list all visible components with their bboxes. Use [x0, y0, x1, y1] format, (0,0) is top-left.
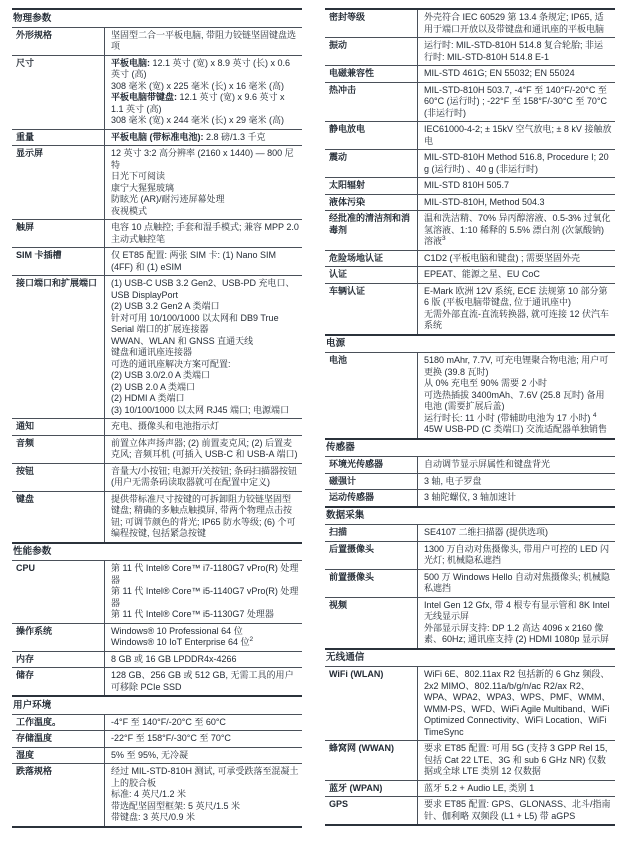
value-line: (2) USB 3.2 Gen2 A 类端口	[111, 301, 299, 313]
value-line: 3 轴陀螺仪, 3 轴加速计	[424, 492, 612, 504]
value-line: 防眩光 (AR)/耐污迹屏幕处理	[111, 194, 299, 206]
row-value: MIL-STD 810H 505.7	[417, 178, 615, 194]
row-value: Intel Gen 12 Gfx, 带 4 根专有显示管和 8K Intel 无…	[417, 598, 615, 648]
value-line: C1D2 (平板电脑和键盘) ; 需要坚固外壳	[424, 253, 612, 265]
value-line: 8 GB 或 16 GB LPDDR4x-4266	[111, 654, 299, 666]
text-segment: 键盘和通讯座连接器	[111, 347, 192, 357]
row-value: 音量大/小按钮; 电源开/关按钮; 条码扫描器按钮 (用户无需条码读取器就可在配…	[104, 464, 302, 491]
value-line: 128 GB、256 GB 或 512 GB, 无需工具的用户可移除 PCIe …	[111, 670, 299, 693]
row-value: 温和洗洁精、70% 异丙醇溶液、0.5-3% 过氧化氢溶液、1:10 稀释的 5…	[417, 211, 615, 250]
row-value: MIL-STD-810H Method 516.8, Procedure I; …	[417, 150, 615, 177]
row-value: 经过 MIL-STD-810H 测试, 可承受跌落至混凝土上的胶合板标准: 4 …	[104, 764, 302, 826]
value-line: 带键盘: 3 英尺/0.9 米	[111, 812, 299, 824]
spec-row: 跌落规格经过 MIL-STD-810H 测试, 可承受跌落至混凝土上的胶合板标准…	[12, 763, 302, 826]
text-segment: 带选配坚固型框架: 5 英尺/1.5 米	[111, 801, 240, 811]
value-line: MIL-STD 810H 505.7	[424, 180, 612, 192]
text-segment: 3 轴, 电子罗盘	[424, 476, 482, 486]
row-value: E-Mark 欧洲 12V 系统, ECE 法规第 10 部分第 6 版 (平板…	[417, 284, 615, 334]
row-label: 前置摄像头	[325, 570, 417, 597]
row-value: 自动调节显示屏属性和键盘背光	[417, 457, 615, 473]
text-segment: 针对可用 10/100/1000 以太网和 DB9 True Serial 端口…	[111, 313, 279, 335]
value-line: 键盘和通讯座连接器	[111, 347, 299, 359]
text-segment: 500 万 Windows Hello 自动对焦摄像头; 机械隐私遮挡	[424, 572, 610, 594]
text-segment: SE4107 二维扫描器 (提供选项)	[424, 527, 548, 537]
row-label: 蓝牙 (WPAN)	[325, 781, 417, 797]
spec-section: 传感器环境光传感器自动调节显示屏属性和键盘背光磁强计3 轴, 电子罗盘运动传感器…	[325, 438, 615, 506]
value-line: 平板电脑: 12.1 英寸 (宽) x 8.9 英寸 (长) x 0.6 英寸 …	[111, 58, 299, 81]
spec-row: 扫描SE4107 二维扫描器 (提供选项)	[325, 524, 615, 541]
spec-row: 车辆认证E-Mark 欧洲 12V 系统, ECE 法规第 10 部分第 6 版…	[325, 283, 615, 334]
text-segment: 音量大/小按钮; 电源开/关按钮; 条码扫描器按钮 (用户无需条码读取器就可在配…	[111, 466, 297, 488]
row-label: WiFi (WLAN)	[325, 667, 417, 740]
spec-section: 物理参数外形规格坚固型二合一平板电脑, 带阻力铰链坚固键盘选项尺寸平板电脑: 1…	[12, 8, 302, 542]
value-line: 可选的通讯座解决方案可配置:	[111, 359, 299, 371]
row-label: CPU	[12, 561, 104, 623]
spec-row: 重量平板电脑 (带标准电池): 2.8 磅/1.3 千克	[12, 129, 302, 146]
spec-row: 按钮音量大/小按钮; 电源开/关按钮; 条码扫描器按钮 (用户无需条码读取器就可…	[12, 463, 302, 491]
section-title: 电源	[325, 336, 615, 353]
text-segment: 要求 ET85 配置: GPS、GLONASS、北斗/指南针、伽利略 双频段 (…	[424, 799, 611, 821]
text-segment: 可选热插拔 3400mAh、7.6V (25.8 瓦时) 备用电池 (需要扩展后…	[424, 390, 605, 412]
section-title: 用户环境	[12, 697, 302, 714]
text-segment: 提供带标准尺寸按键的可拆卸阻力铰链坚固型键盘; 精确的多触点触摸屏, 带两个物理…	[111, 494, 296, 539]
spec-row: WiFi (WLAN)WiFi 6E、802.11ax R2 包括新的 6 Gh…	[325, 666, 615, 740]
section-title: 传感器	[325, 440, 615, 457]
row-label: 储存	[12, 668, 104, 695]
value-line: IEC61000-4-2; ± 15kV 空气放电; ± 8 kV 接触放电	[424, 124, 612, 147]
text-segment: 8 GB 或 16 GB LPDDR4x-4266	[111, 654, 237, 664]
value-line: 308 毫米 (宽) x 244 毫米 (长) x 29 毫米 (高)	[111, 115, 299, 127]
value-line: 前置立体声扬声器; (2) 前置麦克风; (2) 后置麦克风; 音频耳机 (可插…	[111, 438, 299, 461]
text-segment: 128 GB、256 GB 或 512 GB, 无需工具的用户可移除 PCIe …	[111, 670, 294, 692]
text-segment: 第 11 代 Intel® Core™ i5-1130G7 处理器	[111, 609, 274, 619]
spec-section: 数据采集扫描SE4107 二维扫描器 (提供选项)后置摄像头1300 万自动对焦…	[325, 506, 615, 648]
value-line: 可选热插拔 3400mAh、7.6V (25.8 瓦时) 备用电池 (需要扩展后…	[424, 390, 612, 413]
text-segment: 要求 ET85 配置: 可用 5G (支持 3 GPP Rel 15, 包括 C…	[424, 743, 607, 776]
row-label: 通知	[12, 419, 104, 435]
text-segment: (2) HDMI A 类端口	[111, 393, 185, 403]
row-value: SE4107 二维扫描器 (提供选项)	[417, 525, 615, 541]
row-label: 内存	[12, 652, 104, 668]
value-line: 5% 至 95%, 无冷凝	[111, 750, 299, 762]
spec-section: 密封等级外壳符合 IEC 60529 第 13.4 条规定; IP65, 适用于…	[325, 8, 615, 334]
text-segment: 平板电脑:	[111, 58, 153, 68]
spec-row: 尺寸平板电脑: 12.1 英寸 (宽) x 8.9 英寸 (长) x 0.6 英…	[12, 55, 302, 129]
value-line: Intel Gen 12 Gfx, 带 4 根专有显示管和 8K Intel 无…	[424, 600, 612, 623]
text-segment: 12 英寸 3:2 高分辨率 (2160 x 1440) — 800 尼特	[111, 148, 294, 170]
value-line: 第 11 代 Intel® Core™ i5-1140G7 vPro(R) 处理…	[111, 586, 299, 609]
spec-row: 后置摄像头1300 万自动对焦摄像头, 带用户可控的 LED 闪光灯; 机械隐私…	[325, 541, 615, 569]
spec-row: 接口端口和扩展端口(1) USB-C USB 3.2 Gen2、USB-PD 充…	[12, 275, 302, 418]
text-segment: 可选的通讯座解决方案可配置:	[111, 359, 231, 369]
text-segment: WWAN、WLAN 和 GNSS 直通天线	[111, 336, 253, 346]
text-segment: (2) USB 3.2 Gen2 A 类端口	[111, 301, 220, 311]
value-line: 音量大/小按钮; 电源开/关按钮; 条码扫描器按钮 (用户无需条码读取器就可在配…	[111, 466, 299, 489]
spec-row: 环境光传感器自动调节显示屏属性和键盘背光	[325, 456, 615, 473]
value-line: 针对可用 10/100/1000 以太网和 DB9 True Serial 端口…	[111, 313, 299, 336]
value-line: MIL-STD-810H Method 516.8, Procedure I; …	[424, 152, 612, 175]
value-line: 康宁大猩猩玻璃	[111, 183, 299, 195]
spec-row: 键盘提供带标准尺寸按键的可拆卸阻力铰链坚固型键盘; 精确的多触点触摸屏, 带两个…	[12, 491, 302, 542]
row-label: 重量	[12, 130, 104, 146]
value-line: 自动调节显示屏属性和键盘背光	[424, 459, 612, 471]
text-segment: 防眩光 (AR)/耐污迹屏幕处理	[111, 194, 225, 204]
text-segment: 标准: 4 英尺/1.2 米	[111, 789, 186, 799]
text-segment: MIL-STD 461G; EN 55032; EN 55024	[424, 68, 575, 78]
row-label: 电磁兼容性	[325, 66, 417, 82]
text-segment: 外壳符合 IEC 60529 第 13.4 条规定; IP65, 适用于端口开放…	[424, 12, 604, 34]
value-line: 温和洗洁精、70% 异丙醇溶液、0.5-3% 过氧化氢溶液、1:10 稀释的 5…	[424, 213, 612, 248]
row-label: GPS	[325, 797, 417, 824]
value-line: Windows® 10 IoT Enterprise 64 位2	[111, 637, 299, 649]
row-value: MIL-STD 461G; EN 55032; EN 55024	[417, 66, 615, 82]
row-value: EPEAT、能源之星、EU CoC	[417, 267, 615, 283]
spec-row: 工作温度。-4°F 至 140°F/-20°C 至 60°C	[12, 714, 302, 731]
row-label: 热冲击	[325, 83, 417, 122]
row-label: 密封等级	[325, 10, 417, 37]
spec-row: 储存128 GB、256 GB 或 512 GB, 无需工具的用户可移除 PCI…	[12, 667, 302, 695]
value-line: (2) USB 2.0 A 类端口	[111, 382, 299, 394]
row-label: 静电放电	[325, 122, 417, 149]
text-segment: 充电、摄像头和电池指示灯	[111, 421, 219, 431]
row-value: 平板电脑 (带标准电池): 2.8 磅/1.3 千克	[104, 130, 302, 146]
value-line: 要求 ET85 配置: 可用 5G (支持 3 GPP Rel 15, 包括 C…	[424, 743, 612, 778]
row-label: 湿度	[12, 748, 104, 764]
row-label: 车辆认证	[325, 284, 417, 334]
row-value: 平板电脑: 12.1 英寸 (宽) x 8.9 英寸 (长) x 0.6 英寸 …	[104, 56, 302, 129]
text-segment: MIL-STD-810H Method 516.8, Procedure I; …	[424, 152, 609, 174]
spec-row: 太阳辐射MIL-STD 810H 505.7	[325, 177, 615, 194]
text-segment: 308 毫米 (宽) x 225 毫米 (长) x 16 毫米 (高)	[111, 81, 284, 91]
spec-row: 视频Intel Gen 12 Gfx, 带 4 根专有显示管和 8K Intel…	[325, 597, 615, 648]
row-label: 外形规格	[12, 28, 104, 55]
section-title: 数据采集	[325, 508, 615, 525]
spec-row: 热冲击MIL-STD-810H 503.7, -4°F 至 140°F/-20°…	[325, 82, 615, 122]
text-segment: MIL-STD-810H 503.7, -4°F 至 140°F/-20°C 至…	[424, 85, 607, 118]
row-label: 危险场地认证	[325, 251, 417, 267]
value-line: 外壳符合 IEC 60529 第 13.4 条规定; IP65, 适用于端口开放…	[424, 12, 612, 35]
row-label: 操作系统	[12, 624, 104, 651]
row-value: 3 轴, 电子罗盘	[417, 474, 615, 490]
row-value: 运行时: MIL-STD-810H 514.8 复合轮胎; 非运行时: MIL-…	[417, 38, 615, 65]
value-line: MIL-STD-810H 503.7, -4°F 至 140°F/-20°C 至…	[424, 85, 612, 120]
row-value: 前置立体声扬声器; (2) 前置麦克风; (2) 后置麦克风; 音频耳机 (可插…	[104, 436, 302, 463]
value-line: 运行时长: 11 小时 (带辅助电池为 17 小时) 4	[424, 413, 612, 425]
text-segment: 2.8 磅/1.3 千克	[206, 132, 266, 142]
row-label: 扫描	[325, 525, 417, 541]
row-label: SIM 卡插槽	[12, 248, 104, 275]
spec-row: 蓝牙 (WPAN)蓝牙 5.2 + Audio LE, 类别 1	[325, 780, 615, 797]
spec-row: 认证EPEAT、能源之星、EU CoC	[325, 266, 615, 283]
row-label: 认证	[325, 267, 417, 283]
text-segment: -22°F 至 158°F/-30°C 至 70°C	[111, 733, 231, 743]
text-segment: 蓝牙 5.2 + Audio LE, 类别 1	[424, 783, 534, 793]
spec-row: 显示屏12 英寸 3:2 高分辨率 (2160 x 1440) — 800 尼特…	[12, 145, 302, 219]
row-value: (1) USB-C USB 3.2 Gen2、USB-PD 充电口、USB Di…	[104, 276, 302, 418]
text-segment: 第 11 代 Intel® Core™ i5-1140G7 vPro(R) 处理…	[111, 586, 298, 608]
value-line: 5180 mAhr, 7.7V, 可充电锂聚合物电池; 用户可更换 (39.8 …	[424, 355, 612, 378]
row-label: 尺寸	[12, 56, 104, 129]
row-value: C1D2 (平板电脑和键盘) ; 需要坚固外壳	[417, 251, 615, 267]
spec-row: 运动传感器3 轴陀螺仪, 3 轴加速计	[325, 489, 615, 506]
row-label: 键盘	[12, 492, 104, 542]
text-segment: 5% 至 95%, 无冷凝	[111, 750, 188, 760]
row-value: 要求 ET85 配置: 可用 5G (支持 3 GPP Rel 15, 包括 C…	[417, 741, 615, 780]
text-segment: 1300 万自动对焦摄像头, 带用户可控的 LED 闪光灯; 机械隐私遮挡	[424, 544, 609, 566]
value-line: -22°F 至 158°F/-30°C 至 70°C	[111, 733, 299, 745]
row-label: 振动	[325, 38, 417, 65]
value-line: MIL-STD 461G; EN 55032; EN 55024	[424, 68, 612, 80]
value-line: (3) 10/100/1000 以太网 RJ45 端口; 电源端口	[111, 405, 299, 417]
text-segment: 经过 MIL-STD-810H 测试, 可承受跌落至混凝土上的胶合板	[111, 766, 299, 788]
value-line: EPEAT、能源之星、EU CoC	[424, 269, 612, 281]
row-value: MIL-STD-810H 503.7, -4°F 至 140°F/-20°C 至…	[417, 83, 615, 122]
section-title: 性能参数	[12, 544, 302, 561]
text-segment: IEC61000-4-2; ± 15kV 空气放电; ± 8 kV 接触放电	[424, 124, 611, 146]
row-value: 第 11 代 Intel® Core™ i7-1180G7 vPro(R) 处理…	[104, 561, 302, 623]
value-line: 1300 万自动对焦摄像头, 带用户可控的 LED 闪光灯; 机械隐私遮挡	[424, 544, 612, 567]
spec-row: 电磁兼容性MIL-STD 461G; EN 55032; EN 55024	[325, 65, 615, 82]
row-label: 接口端口和扩展端口	[12, 276, 104, 418]
text-segment: 坚固型二合一平板电脑, 带阻力铰链坚固键盘选项	[111, 30, 296, 52]
row-value: MIL-STD-810H, Method 504.3	[417, 195, 615, 211]
text-segment: 从 0% 充电至 90% 需要 2 小时	[424, 378, 547, 388]
value-line: 外部显示屏支持: DP 1.2 高达 4096 x 2160 像素、60Hz; …	[424, 623, 612, 646]
text-segment: 夜视模式	[111, 206, 147, 216]
row-label: 音频	[12, 436, 104, 463]
spec-row: 密封等级外壳符合 IEC 60529 第 13.4 条规定; IP65, 适用于…	[325, 10, 615, 37]
value-line: (2) HDMI A 类端口	[111, 393, 299, 405]
row-value: 坚固型二合一平板电脑, 带阻力铰链坚固键盘选项	[104, 28, 302, 55]
row-value: -4°F 至 140°F/-20°C 至 60°C	[104, 715, 302, 731]
row-label: 触屏	[12, 220, 104, 247]
row-value: 外壳符合 IEC 60529 第 13.4 条规定; IP65, 适用于端口开放…	[417, 10, 615, 37]
spec-row: GPS要求 ET85 配置: GPS、GLONASS、北斗/指南针、伽利略 双频…	[325, 796, 615, 824]
row-label: 经批准的清洁剂和消毒剂	[325, 211, 417, 250]
spec-section: 用户环境工作温度。-4°F 至 140°F/-20°C 至 60°C存储温度-2…	[12, 695, 302, 826]
value-line: 蓝牙 5.2 + Audio LE, 类别 1	[424, 783, 612, 795]
spec-row: 前置摄像头500 万 Windows Hello 自动对焦摄像头; 机械隐私遮挡	[325, 569, 615, 597]
text-segment: E-Mark 欧洲 12V 系统, ECE 法规第 10 部分第 6 版 (平板…	[424, 286, 608, 308]
row-label: 按钮	[12, 464, 104, 491]
value-line: SE4107 二维扫描器 (提供选项)	[424, 527, 612, 539]
spec-section: 性能参数CPU第 11 代 Intel® Core™ i7-1180G7 vPr…	[12, 542, 302, 696]
section-title: 无线通信	[325, 650, 615, 667]
value-line: 308 毫米 (宽) x 225 毫米 (长) x 16 毫米 (高)	[111, 81, 299, 93]
text-segment: MIL-STD-810H, Method 504.3	[424, 197, 545, 207]
spec-row: 触屏电容 10 点触控; 手套和湿手模式; 兼容 MPP 2.0 主动式触控笔	[12, 219, 302, 247]
row-value: WiFi 6E、802.11ax R2 包括新的 6 Ghz 频段、2x2 MI…	[417, 667, 615, 740]
spec-row: 存储温度-22°F 至 158°F/-30°C 至 70°C	[12, 730, 302, 747]
row-value: -22°F 至 158°F/-30°C 至 70°C	[104, 731, 302, 747]
row-value: 12 英寸 3:2 高分辨率 (2160 x 1440) — 800 尼特日光下…	[104, 146, 302, 219]
text-segment: 日光下可阅读	[111, 171, 165, 181]
value-line: 电容 10 点触控; 手套和湿手模式; 兼容 MPP 2.0 主动式触控笔	[111, 222, 299, 245]
text-segment: 运行时长: 11 小时 (带辅助电池为 17 小时)	[424, 413, 593, 423]
spec-row: 危险场地认证C1D2 (平板电脑和键盘) ; 需要坚固外壳	[325, 250, 615, 267]
spec-column-right: 密封等级外壳符合 IEC 60529 第 13.4 条规定; IP65, 适用于…	[325, 8, 615, 826]
spec-sheet: 物理参数外形规格坚固型二合一平板电脑, 带阻力铰链坚固键盘选项尺寸平板电脑: 1…	[0, 0, 625, 828]
value-line: 经过 MIL-STD-810H 测试, 可承受跌落至混凝土上的胶合板	[111, 766, 299, 789]
value-line: 从 0% 充电至 90% 需要 2 小时	[424, 378, 612, 390]
row-label: 蜂窝网 (WWAN)	[325, 741, 417, 780]
row-label: 运动传感器	[325, 490, 417, 506]
value-line: (1) USB-C USB 3.2 Gen2、USB-PD 充电口、USB Di…	[111, 278, 299, 301]
value-line: E-Mark 欧洲 12V 系统, ECE 法规第 10 部分第 6 版 (平板…	[424, 286, 612, 309]
section-title: 物理参数	[12, 10, 302, 27]
footnote-superscript: 4	[593, 412, 597, 419]
text-segment: 运行时: MIL-STD-810H 514.8 复合轮胎; 非运行时: MIL-…	[424, 40, 603, 62]
text-segment: WiFi 6E、802.11ax R2 包括新的 6 Ghz 频段、2x2 MI…	[424, 669, 611, 737]
spec-row: 音频前置立体声扬声器; (2) 前置麦克风; (2) 后置麦克风; 音频耳机 (…	[12, 435, 302, 463]
value-line: MIL-STD-810H, Method 504.3	[424, 197, 612, 209]
value-line: 无需外部直流-直流转换器, 就可连接 12 伏汽车系统	[424, 309, 612, 332]
spec-row: SIM 卡插槽仅 ET85 配置: 两张 SIM 卡: (1) Nano SIM…	[12, 247, 302, 275]
value-line: WiFi 6E、802.11ax R2 包括新的 6 Ghz 频段、2x2 MI…	[424, 669, 612, 738]
row-value: 5180 mAhr, 7.7V, 可充电锂聚合物电池; 用户可更换 (39.8 …	[417, 353, 615, 438]
text-segment: 平板电脑带键盘:	[111, 92, 180, 102]
spec-row: 蜂窝网 (WWAN)要求 ET85 配置: 可用 5G (支持 3 GPP Re…	[325, 740, 615, 780]
row-value: 蓝牙 5.2 + Audio LE, 类别 1	[417, 781, 615, 797]
row-value: 8 GB 或 16 GB LPDDR4x-4266	[104, 652, 302, 668]
text-segment: 45W USB-PD (C 类端口) 交流适配器单独销售	[424, 424, 607, 434]
row-label: 存储温度	[12, 731, 104, 747]
value-line: 仅 ET85 配置: 两张 SIM 卡: (1) Nano SIM (4FF) …	[111, 250, 299, 273]
text-segment: 仅 ET85 配置: 两张 SIM 卡: (1) Nano SIM (4FF) …	[111, 250, 276, 272]
text-segment: EPEAT、能源之星、EU CoC	[424, 269, 540, 279]
text-segment: C1D2 (平板电脑和键盘) ; 需要坚固外壳	[424, 253, 580, 263]
value-line: 带选配坚固型框架: 5 英尺/1.5 米	[111, 801, 299, 813]
value-line: 第 11 代 Intel® Core™ i7-1180G7 vPro(R) 处理…	[111, 563, 299, 586]
row-value: 5% 至 95%, 无冷凝	[104, 748, 302, 764]
value-line: 500 万 Windows Hello 自动对焦摄像头; 机械隐私遮挡	[424, 572, 612, 595]
text-segment: Intel Gen 12 Gfx, 带 4 根专有显示管和 8K Intel 无…	[424, 600, 610, 622]
value-line: Windows® 10 Professional 64 位	[111, 626, 299, 638]
row-label: 电池	[325, 353, 417, 438]
text-segment: 5180 mAhr, 7.7V, 可充电锂聚合物电池; 用户可更换 (39.8 …	[424, 355, 608, 377]
spec-row: 操作系统Windows® 10 Professional 64 位Windows…	[12, 623, 302, 651]
row-label: 视频	[325, 598, 417, 648]
value-line: 12 英寸 3:2 高分辨率 (2160 x 1440) — 800 尼特	[111, 148, 299, 171]
row-label: 后置摄像头	[325, 542, 417, 569]
value-line: 要求 ET85 配置: GPS、GLONASS、北斗/指南针、伽利略 双频段 (…	[424, 799, 612, 822]
text-segment: 前置立体声扬声器; (2) 前置麦克风; (2) 后置麦克风; 音频耳机 (可插…	[111, 438, 298, 460]
row-value: 充电、摄像头和电池指示灯	[104, 419, 302, 435]
row-label: 工作温度。	[12, 715, 104, 731]
value-line: 充电、摄像头和电池指示灯	[111, 421, 299, 433]
row-value: 仅 ET85 配置: 两张 SIM 卡: (1) Nano SIM (4FF) …	[104, 248, 302, 275]
text-segment: (2) USB 3.0/2.0 A 类端口	[111, 370, 210, 380]
row-label: 环境光传感器	[325, 457, 417, 473]
text-segment: -4°F 至 140°F/-20°C 至 60°C	[111, 717, 226, 727]
text-segment: (1) USB-C USB 3.2 Gen2、USB-PD 充电口、USB Di…	[111, 278, 295, 300]
spec-row: 电池5180 mAhr, 7.7V, 可充电锂聚合物电池; 用户可更换 (39.…	[325, 352, 615, 438]
value-line: 平板电脑 (带标准电池): 2.8 磅/1.3 千克	[111, 132, 299, 144]
text-segment: 308 毫米 (宽) x 244 毫米 (长) x 29 毫米 (高)	[111, 115, 284, 125]
value-line: 标准: 4 英尺/1.2 米	[111, 789, 299, 801]
text-segment: Windows® 10 Professional 64 位	[111, 626, 243, 636]
text-segment: 康宁大猩猩玻璃	[111, 183, 174, 193]
spec-row: 震动MIL-STD-810H Method 516.8, Procedure I…	[325, 149, 615, 177]
row-label: 磁强计	[325, 474, 417, 490]
row-value: 提供带标准尺寸按键的可拆卸阻力铰链坚固型键盘; 精确的多触点触摸屏, 带两个物理…	[104, 492, 302, 542]
value-line: 夜视模式	[111, 206, 299, 218]
spec-row: 经批准的清洁剂和消毒剂温和洗洁精、70% 异丙醇溶液、0.5-3% 过氧化氢溶液…	[325, 210, 615, 250]
row-value: IEC61000-4-2; ± 15kV 空气放电; ± 8 kV 接触放电	[417, 122, 615, 149]
spec-row: 湿度5% 至 95%, 无冷凝	[12, 747, 302, 764]
footnote-superscript: 2	[250, 636, 254, 643]
spec-row: 通知充电、摄像头和电池指示灯	[12, 418, 302, 435]
spec-row: CPU第 11 代 Intel® Core™ i7-1180G7 vPro(R)…	[12, 560, 302, 623]
text-segment: 带键盘: 3 英尺/0.9 米	[111, 812, 195, 822]
footnote-superscript: 3	[442, 235, 446, 242]
row-label: 太阳辐射	[325, 178, 417, 194]
text-segment: 第 11 代 Intel® Core™ i7-1180G7 vPro(R) 处理…	[111, 563, 298, 585]
text-segment: 3 轴陀螺仪, 3 轴加速计	[424, 492, 516, 502]
row-value: 128 GB、256 GB 或 512 GB, 无需工具的用户可移除 PCIe …	[104, 668, 302, 695]
text-segment: 外部显示屏支持: DP 1.2 高达 4096 x 2160 像素、60Hz; …	[424, 623, 609, 645]
row-value: Windows® 10 Professional 64 位Windows® 10…	[104, 624, 302, 651]
row-value: 要求 ET85 配置: GPS、GLONASS、北斗/指南针、伽利略 双频段 (…	[417, 797, 615, 824]
value-line: -4°F 至 140°F/-20°C 至 60°C	[111, 717, 299, 729]
spec-section: 电源电池5180 mAhr, 7.7V, 可充电锂聚合物电池; 用户可更换 (3…	[325, 334, 615, 438]
row-value: 1300 万自动对焦摄像头, 带用户可控的 LED 闪光灯; 机械隐私遮挡	[417, 542, 615, 569]
value-line: 提供带标准尺寸按键的可拆卸阻力铰链坚固型键盘; 精确的多触点触摸屏, 带两个物理…	[111, 494, 299, 540]
row-value: 3 轴陀螺仪, 3 轴加速计	[417, 490, 615, 506]
value-line: 平板电脑带键盘: 12.1 英寸 (宽) x 9.6 英寸 x 1.1 英寸 (…	[111, 92, 299, 115]
spec-column-left: 物理参数外形规格坚固型二合一平板电脑, 带阻力铰链坚固键盘选项尺寸平板电脑: 1…	[12, 8, 302, 828]
text-segment: 自动调节显示屏属性和键盘背光	[424, 459, 550, 469]
row-label: 液体污染	[325, 195, 417, 211]
text-segment: 温和洗洁精、70% 异丙醇溶液、0.5-3% 过氧化氢溶液、1:10 稀释的 5…	[424, 213, 611, 246]
row-label: 震动	[325, 150, 417, 177]
row-label: 显示屏	[12, 146, 104, 219]
value-line: WWAN、WLAN 和 GNSS 直通天线	[111, 336, 299, 348]
text-segment: 电容 10 点触控; 手套和湿手模式; 兼容 MPP 2.0 主动式触控笔	[111, 222, 299, 244]
text-segment: Windows® 10 IoT Enterprise 64 位	[111, 637, 250, 647]
value-line: 45W USB-PD (C 类端口) 交流适配器单独销售	[424, 424, 612, 436]
row-label: 跌落规格	[12, 764, 104, 826]
text-segment: 平板电脑 (带标准电池):	[111, 132, 206, 142]
row-value: 电容 10 点触控; 手套和湿手模式; 兼容 MPP 2.0 主动式触控笔	[104, 220, 302, 247]
value-line: 坚固型二合一平板电脑, 带阻力铰链坚固键盘选项	[111, 30, 299, 53]
value-line: 运行时: MIL-STD-810H 514.8 复合轮胎; 非运行时: MIL-…	[424, 40, 612, 63]
spec-row: 静电放电IEC61000-4-2; ± 15kV 空气放电; ± 8 kV 接触…	[325, 121, 615, 149]
text-segment: 无需外部直流-直流转换器, 就可连接 12 伏汽车系统	[424, 309, 609, 331]
spec-section: 无线通信WiFi (WLAN)WiFi 6E、802.11ax R2 包括新的 …	[325, 648, 615, 825]
spec-row: 外形规格坚固型二合一平板电脑, 带阻力铰链坚固键盘选项	[12, 27, 302, 55]
row-value: 500 万 Windows Hello 自动对焦摄像头; 机械隐私遮挡	[417, 570, 615, 597]
spec-row: 磁强计3 轴, 电子罗盘	[325, 473, 615, 490]
value-line: 第 11 代 Intel® Core™ i5-1130G7 处理器	[111, 609, 299, 621]
value-line: 日光下可阅读	[111, 171, 299, 183]
text-segment: (2) USB 2.0 A 类端口	[111, 382, 195, 392]
value-line: (2) USB 3.0/2.0 A 类端口	[111, 370, 299, 382]
text-segment: (3) 10/100/1000 以太网 RJ45 端口; 电源端口	[111, 405, 289, 415]
spec-row: 内存8 GB 或 16 GB LPDDR4x-4266	[12, 651, 302, 668]
spec-row: 振动运行时: MIL-STD-810H 514.8 复合轮胎; 非运行时: MI…	[325, 37, 615, 65]
value-line: 3 轴, 电子罗盘	[424, 476, 612, 488]
spec-row: 液体污染MIL-STD-810H, Method 504.3	[325, 194, 615, 211]
text-segment: MIL-STD 810H 505.7	[424, 180, 509, 190]
